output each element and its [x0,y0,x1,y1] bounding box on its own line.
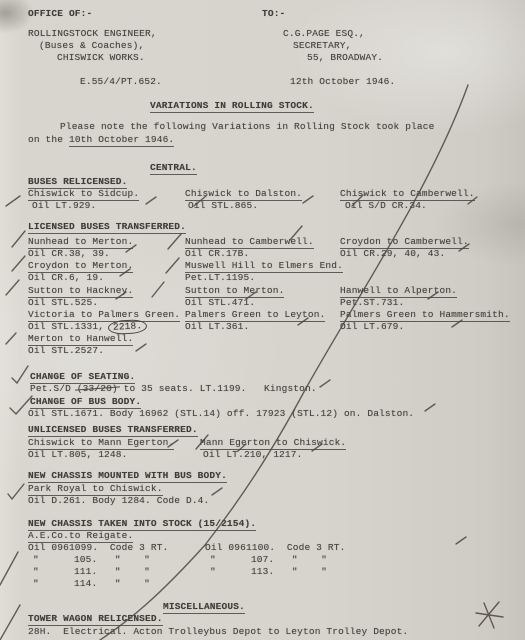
to-address-line: SECRETARY, [293,40,352,51]
route: Chiswick to Mann Egerton. [28,437,174,448]
from-address-line: CHISWICK WORKS. [57,52,145,63]
effective-date: 10th October 1946. [69,134,174,147]
pen-tick [6,333,16,344]
chassis-stock-line: " 107. " " [210,554,327,565]
section-heading-change-of-bus-body: CHANGE OF BUS BODY. [30,396,141,407]
stock-entry: Oil LT.805, 1248. [28,449,127,460]
stock-entry: Oil LT.210, 1217. [203,449,302,460]
pen-tick [456,537,466,544]
stock-entry: Oil STL.2527. [28,345,104,356]
pen-check-mark [8,484,24,499]
pen-tick [146,197,156,204]
stock-entry: Oil CR.38, 39. [28,248,110,259]
route: Muswell Hill to Elmers End. [185,260,343,271]
section-heading-unlicensed-transferred: UNLICENSED BUSES TRANSFERRED. [28,424,198,435]
intro-line: on the 10th October 1946. [28,134,174,145]
seating-change-entry: Pet.S/D (33/20) to 35 seats. LT.1199. Ki… [30,383,317,394]
route: Hanwell to Alperton. [340,285,457,296]
chassis-stock-line: Oil 0961100. Code 3 RT. [205,542,345,553]
route: A.E.Co.to Reigate. [28,530,133,541]
stock-entry: Oil STL.471. [185,297,255,308]
stock-entry: Oil LT.361. [185,321,249,332]
chassis-stock-line: " 111. " " [33,566,150,577]
document-date: 12th October 1946. [290,76,395,87]
pen-tick [6,280,19,295]
to-address-line: C.G.PAGE ESQ., [283,28,365,39]
from-address-line: (Buses & Coaches), [39,40,144,51]
stock-entry: Pet.LT.1195. [185,272,255,283]
route: Croydon to Merton. [28,260,133,271]
route: Palmers Green to Leyton. [185,309,325,320]
stock-entry: Oil STL.525. [28,297,98,308]
chassis-stock-line: " 105. " " [33,554,150,565]
stock-entry: Pet.ST.731. [340,297,404,308]
chassis-stock-line: Oil 0961099. Code 3 RT. [28,542,168,553]
route: Nunhead to Camberwell. [185,236,314,247]
stock-entry: Oil LT.679. [340,321,404,332]
route: Croydon to Camberwell. [340,236,469,247]
pen-tick [212,488,222,495]
route: Mann Egerton to Chiswick. [200,437,346,448]
stock-entry: Oil STL.1331, 2218. [28,321,145,332]
pen-tick [12,256,25,271]
pen-tick [0,552,18,585]
struck-seating-value: (33/20) [77,383,118,394]
misc-heading: MISCELLANEOUS. [163,601,245,612]
pen-tick [425,404,435,411]
section-heading-tower-wagon: TOWER WAGON RELICENSED. [28,613,163,624]
office-of-label: OFFICE OF:- [28,8,92,19]
stock-entry: Oil D.261. Body 1284. Code D.4. [28,495,209,506]
bus-body-change-entry: Oil STL.1671. Body 16962 (STL.14) off. 1… [28,408,414,419]
stock-entry: Oil LT.929. [32,200,96,211]
pen-tick [152,282,164,297]
pen-cross-mark [479,602,499,626]
section-heading-change-of-seating: CHANGE OF SEATING. [30,371,135,382]
section-heading-new-chassis-stock: NEW CHASSIS TAKEN INTO STOCK (15/2154). [28,518,256,529]
pen-tick [12,231,25,247]
route: Sutton to Merton. [185,285,284,296]
section-heading-licensed-transferred: LICENSED BUSES TRANSFERRED. [28,221,186,232]
route: Victoria to Palmers Green. [28,309,180,320]
pen-check-mark [12,366,28,383]
stock-entry: Oil CR.17B. [185,248,249,259]
chassis-stock-line: " 114. " " [33,578,150,589]
pen-tick [136,344,146,351]
pen-cross-mark [476,613,503,617]
from-address-line: ROLLINGSTOCK ENGINEER, [28,28,157,39]
route: Chiswick to Sidcup. [28,188,139,199]
route: Nunhead to Merton. [28,236,133,247]
reference-number: E.55/4/PT.652. [80,76,162,87]
pen-cross-mark [484,603,494,628]
section-heading-new-chassis-body: NEW CHASSIS MOUNTED WITH BUS BODY. [28,470,227,481]
pen-tick [166,258,179,273]
pen-tick [0,605,20,640]
pen-tick [168,234,181,249]
section-heading-relicensed: BUSES RELICENSED. [28,176,127,187]
route: Park Royal to Chiswick. [28,483,163,494]
to-address-line: 55, BROADWAY. [307,52,383,63]
document-page: OFFICE OF:- TO:- ROLLINGSTOCK ENGINEER, … [0,0,525,640]
central-heading: CENTRAL. [150,162,197,173]
to-label: TO:- [262,8,285,19]
stock-entry: Oil CR.29, 40, 43. [340,248,445,259]
intro-line: Please note the following Variations in … [60,121,434,132]
route: Merton to Hanwell. [28,333,133,344]
page-title: VARIATIONS IN ROLLING STOCK. [150,100,314,111]
route: Chiswick to Dalston. [185,188,302,199]
route: Palmers Green to Hammersmith. [340,309,510,320]
stock-entry: Oil CR.6, 19. [28,272,104,283]
chassis-stock-line: " 113. " " [210,566,327,577]
pen-tick [303,196,313,203]
route: Chiswick to Camberwell. [340,188,475,199]
pen-tick [320,380,330,387]
tower-wagon-entry: 28H. Electrical. Acton Trolleybus Depot … [28,626,408,637]
stock-entry: Oil STL.865. [188,200,258,211]
route: Sutton to Hackney. [28,285,133,296]
pen-tick [6,196,20,206]
stock-entry: Oil S/D CR.34. [345,200,427,211]
